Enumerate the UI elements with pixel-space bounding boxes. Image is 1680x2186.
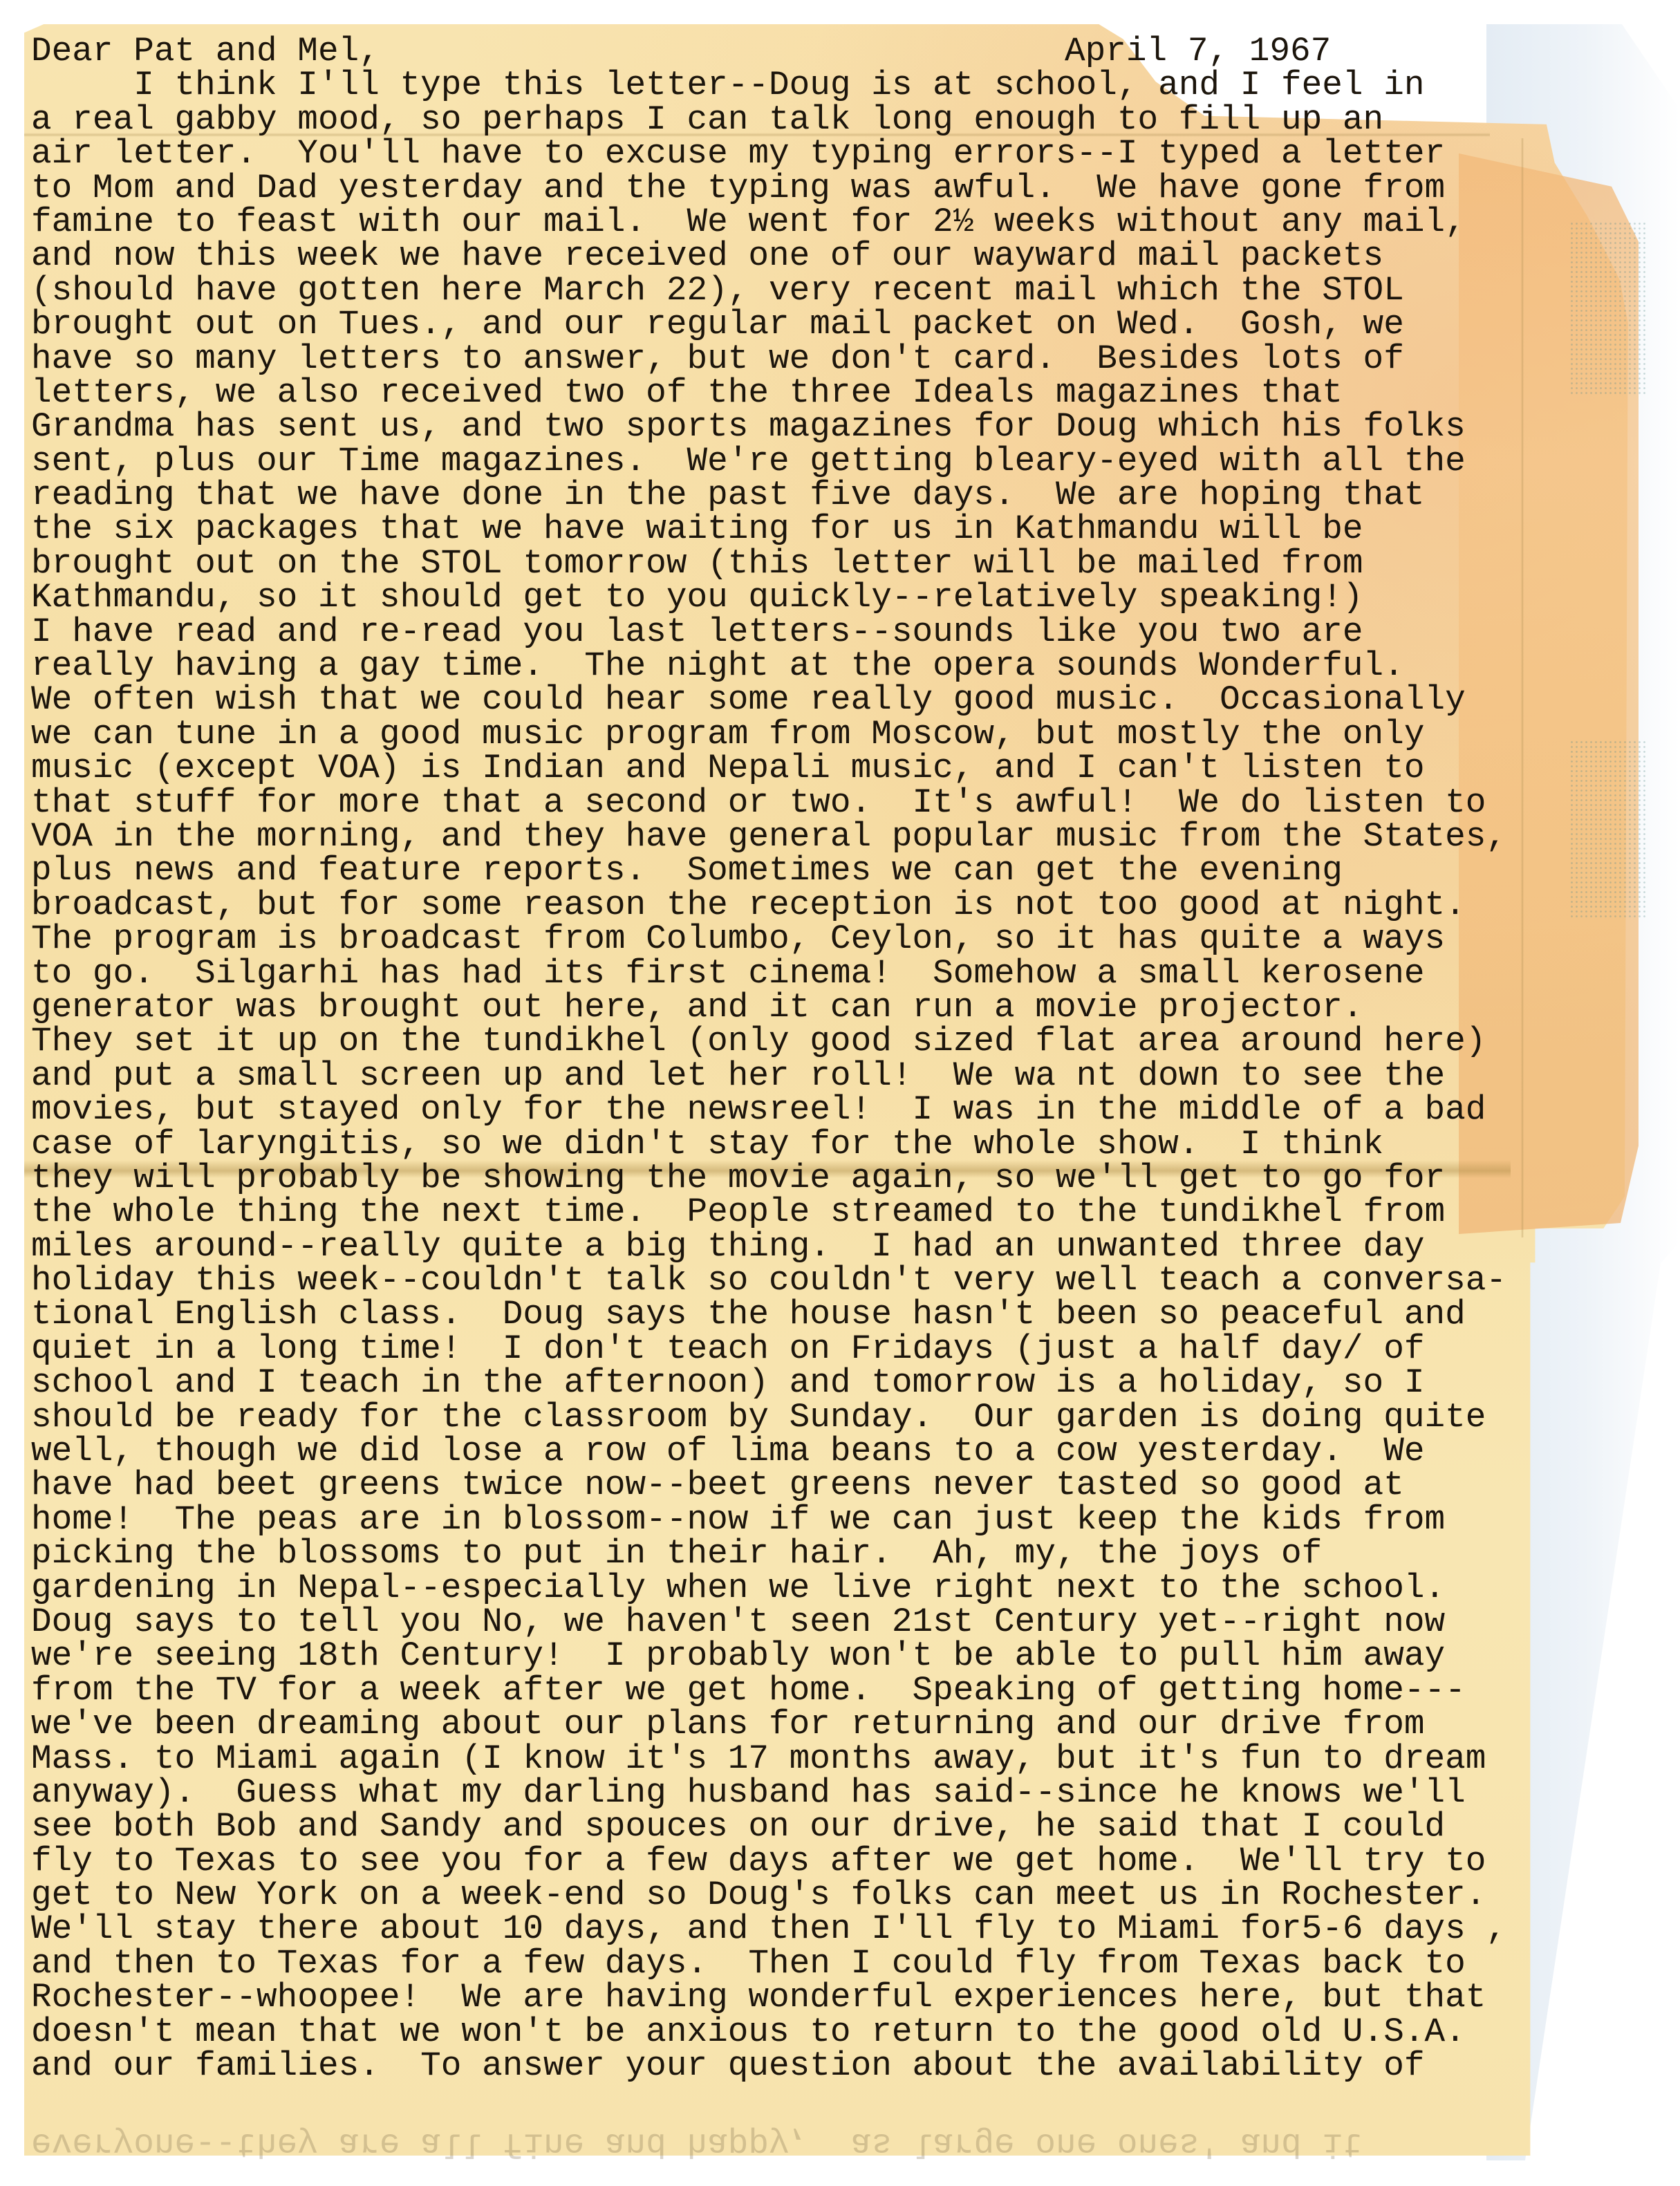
- letter-line: see both Bob and Sandy and spouces on ou…: [31, 1810, 1506, 1844]
- letter-body-lines: I think I'll type this letter--Doug is a…: [31, 68, 1506, 2083]
- letter-line: broadcast, but for some reason the recep…: [31, 888, 1506, 922]
- letter-line: tional English class. Doug says the hous…: [31, 1298, 1506, 1332]
- letter-line: VOA in the morning, and they have genera…: [31, 820, 1506, 854]
- letter-line: They set it up on the tundikhel (only go…: [31, 1025, 1506, 1058]
- letter-line: plus news and feature reports. Sometimes…: [31, 854, 1506, 888]
- letter-line: have so many letters to answer, but we d…: [31, 342, 1506, 376]
- letter-line: and now this week we have received one o…: [31, 239, 1506, 273]
- letter-line: well, though we did lose a row of lima b…: [31, 1435, 1506, 1468]
- letter-line: that stuff for more that a second or two…: [31, 786, 1506, 820]
- letter-line: have had beet greens twice now--beet gre…: [31, 1468, 1506, 1502]
- letter-line: music (except VOA) is Indian and Nepali …: [31, 751, 1506, 785]
- flap-security-pattern: [1569, 740, 1645, 919]
- letter-line: The program is broadcast from Columbo, C…: [31, 922, 1506, 956]
- letter-line: holiday this week--couldn't talk so coul…: [31, 1264, 1506, 1298]
- letter-line: sent, plus our Time magazines. We're get…: [31, 445, 1506, 478]
- letter-line: Doug says to tell you No, we haven't see…: [31, 1605, 1506, 1639]
- letter-line: I think I'll type this letter--Doug is a…: [31, 68, 1506, 102]
- letter-line: miles around--really quite a big thing. …: [31, 1230, 1506, 1264]
- letter-line: the six packages that we have waiting fo…: [31, 512, 1506, 546]
- letter-line: Mass. to Miami again (I know it's 17 mon…: [31, 1742, 1506, 1776]
- letter-line: movies, but stayed only for the newsreel…: [31, 1093, 1506, 1127]
- letter-line: to Mom and Dad yesterday and the typing …: [31, 171, 1506, 205]
- letter-place: Silgarhi, Nepal: [1065, 3, 1372, 24]
- letter-line: case of laryngitis, so we didn't stay fo…: [31, 1128, 1506, 1161]
- letter-line: should be ready for the classroom by Sun…: [31, 1401, 1506, 1435]
- letter-line: we can tune in a good music program from…: [31, 718, 1506, 751]
- letter-line: home! The peas are in blossom--now if we…: [31, 1503, 1506, 1537]
- letter-line: fly to Texas to see you for a few days a…: [31, 1844, 1506, 1878]
- letter-line: we've been dreaming about our plans for …: [31, 1708, 1506, 1741]
- letter-line: the whole thing the next time. People st…: [31, 1195, 1506, 1229]
- letter-line: Grandma has sent us, and two sports maga…: [31, 410, 1506, 444]
- letter-line: get to New York on a week-end so Doug's …: [31, 1878, 1506, 1912]
- letter-line: I have read and re-read you last letters…: [31, 615, 1506, 649]
- letter-line: (should have gotten here March 22), very…: [31, 274, 1506, 308]
- letter-body: Dear Pat and Mel, I think I'll type this…: [31, 35, 1506, 2083]
- letter-line: really having a gay time. The night at t…: [31, 649, 1506, 683]
- letter-line: brought out on Tues., and our regular ma…: [31, 308, 1506, 342]
- letter-line: to go. Silgarhi has had its first cinema…: [31, 957, 1506, 991]
- letter-line: brought out on the STOL tomorrow (this l…: [31, 547, 1506, 581]
- letter-line: and put a small screen up and let her ro…: [31, 1059, 1506, 1093]
- flap-security-pattern: [1569, 221, 1645, 394]
- letter-line: famine to feast with our mail. We went f…: [31, 205, 1506, 239]
- letter-line: Kathmandu, so it should get to you quick…: [31, 581, 1506, 615]
- letter-line: gardening in Nepal--especially when we l…: [31, 1571, 1506, 1605]
- fold-crease: [1521, 138, 1524, 1237]
- letter-line: they will probably be showing the movie …: [31, 1161, 1506, 1195]
- letter-line: we're seeing 18th Century! I probably wo…: [31, 1639, 1506, 1673]
- letter-line: school and I teach in the afternoon) and…: [31, 1366, 1506, 1400]
- letter-line: We often wish that we could hear some re…: [31, 683, 1506, 717]
- letter-line: and then to Texas for a few days. Then I…: [31, 1947, 1506, 1981]
- letter-line: quiet in a long time! I don't teach on F…: [31, 1332, 1506, 1366]
- letter-line: and our families. To answer your questio…: [31, 2049, 1506, 2083]
- letter-line: We'll stay there about 10 days, and then…: [31, 1912, 1506, 1946]
- letter-line: generator was brought out here, and it c…: [31, 991, 1506, 1025]
- letter-line: picking the blossoms to put in their hai…: [31, 1537, 1506, 1571]
- bleed-through-text: everyone--they are all fine and happy, a…: [31, 2126, 1363, 2160]
- letter-line: doesn't mean that we won't be anxious to…: [31, 2015, 1506, 2049]
- letter-line: reading that we have done in the past fi…: [31, 478, 1506, 512]
- letter-line: anyway). Guess what my darling husband h…: [31, 1776, 1506, 1810]
- letter-line: letters, we also received two of the thr…: [31, 376, 1506, 410]
- letter-line: Rochester--whoopee! We are having wonder…: [31, 1981, 1506, 2015]
- salutation: Dear Pat and Mel,: [31, 35, 1506, 68]
- letter-line: from the TV for a week after we get home…: [31, 1674, 1506, 1708]
- letter-line: a real gabby mood, so perhaps I can talk…: [31, 103, 1506, 137]
- letter-line: air letter. You'll have to excuse my typ…: [31, 137, 1506, 171]
